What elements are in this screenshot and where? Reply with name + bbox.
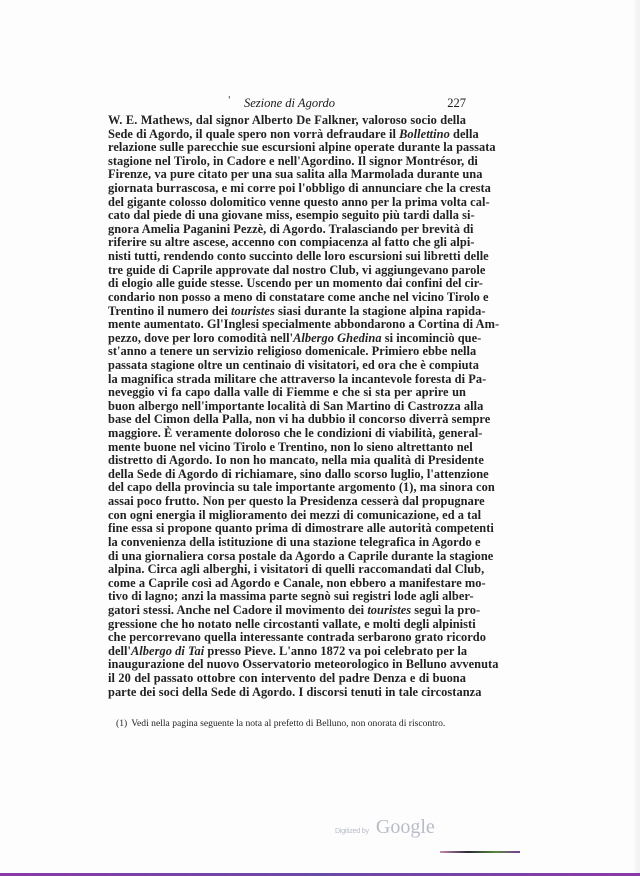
text-line: Sede di Agordo, il quale spero non vorrà…: [108, 128, 466, 142]
text-line: gnora Amelia Paganini Pezzè, di Agordo. …: [108, 223, 466, 237]
italic-term: touristes: [231, 304, 275, 318]
text-line: mente aumentato. Gl'Inglesi specialmente…: [108, 318, 466, 332]
text-line: inaugurazione del nuovo Osservatorio met…: [108, 658, 466, 672]
footnote-text: Vedi nella pagina seguente la nota al pr…: [131, 718, 445, 729]
text-line: che percorrevano quella interessante con…: [108, 631, 466, 645]
text-line: della Sede di Agordo di richiamare, sino…: [108, 468, 466, 482]
text-line: assai poco frutto. Non per questo la Pre…: [108, 495, 466, 509]
text-line: passata stagione oltre un centinaio di v…: [108, 359, 466, 373]
text-line: giornata burrascosa, e mi corre poi l'ob…: [108, 182, 466, 196]
text-line: la magnifica strada militare che attrave…: [108, 373, 466, 387]
text-line: maggiore. È veramente doloroso che le co…: [108, 427, 466, 441]
text-line: tre guide di Caprile approvate dal nostr…: [108, 264, 466, 278]
text-line: come a Caprile così ad Agordo e Canale, …: [108, 577, 466, 591]
page-number: 227: [447, 96, 466, 111]
italic-term: Bollettino: [399, 127, 450, 141]
text-line: W. E. Mathews, dal signor Alberto De Fal…: [108, 114, 466, 128]
digitized-by-google-watermark: Digitized by Google: [335, 816, 435, 839]
text-line: dell'Albergo di Tai presso Pieve. L'anno…: [108, 645, 466, 659]
text-line: alpina. Circa agli alberghi, i visitator…: [108, 563, 466, 577]
text-line: buon albergo nell'importante località di…: [108, 400, 466, 414]
italic-term: touristes: [367, 603, 411, 617]
text-line: gressione che ho notato nelle circostant…: [108, 618, 466, 632]
text-line: gatori stessi. Anche nel Cadore il movim…: [108, 604, 466, 618]
text-line: la convenienza della istituzione di una …: [108, 536, 466, 550]
text-line: il 20 del passato ottobre con intervento…: [108, 672, 466, 686]
text-line: tivo di lagno; anzi la massima parte seg…: [108, 590, 466, 604]
watermark-prefix: Digitized by: [335, 828, 369, 835]
text-line: stagione nel Tirolo, in Cadore e nell'Ag…: [108, 155, 466, 169]
text-line: st'anno a tenere un servizio religioso d…: [108, 345, 466, 359]
text-line: di una giornaliera corsa postale da Agor…: [108, 550, 466, 564]
body-text: W. E. Mathews, dal signor Alberto De Fal…: [108, 114, 466, 699]
text-line: nisti tutti, rendendo conto succinto del…: [108, 250, 466, 264]
italic-term: Albergo di Tai: [131, 644, 204, 658]
text-line: riferire su altre ascese, accenno con co…: [108, 236, 466, 250]
text-line: di elogio alle guide stesse. Uscendo per…: [108, 277, 466, 291]
text-line: Firenze, va pure citato per una sua sali…: [108, 168, 466, 182]
text-line: Trentino il numero dei touristes siasi d…: [108, 305, 466, 319]
footnote: (1)Vedi nella pagina seguente la nota al…: [116, 718, 466, 729]
text-line: distretto di Agordo. Io non ho mancato, …: [108, 454, 466, 468]
footnote-marker: (1): [116, 718, 127, 729]
text-line: parte dei soci della Sede di Agordo. I d…: [108, 686, 466, 700]
running-head-title: Sezione di Agordo: [244, 96, 335, 111]
text-line: fine essa si propone quanto prima di dim…: [108, 522, 466, 536]
italic-term: Albergo Ghedina: [293, 331, 382, 345]
text-line: base del Cimon della Palla, non vi ha du…: [108, 413, 466, 427]
text-line: neveggio vi fa capo dalla valle di Fiemm…: [108, 386, 466, 400]
text-line: condario non posso a meno di constatare …: [108, 291, 466, 305]
text-line: del capo della provincia su tale importa…: [108, 481, 466, 495]
text-line: mente buone nel vicino Tirolo e Trentino…: [108, 441, 466, 455]
text-line: relazione sulle parecchie sue escursioni…: [108, 141, 466, 155]
page-edge: [634, 0, 640, 876]
text-line: pezzo, dove per loro comodità nell'Alber…: [108, 332, 466, 346]
text-line: del gigante colosso dolomitico venne que…: [108, 196, 466, 210]
text-line: con ogni energia il miglioramento dei me…: [108, 509, 466, 523]
running-head: ' Sezione di Agordo 227: [108, 96, 466, 110]
scan-artifact-line: [440, 851, 520, 853]
watermark-brand: Google: [376, 816, 435, 838]
text-line: cato dal piede di una giovane miss, esem…: [108, 209, 466, 223]
running-head-mark: ': [228, 96, 230, 106]
